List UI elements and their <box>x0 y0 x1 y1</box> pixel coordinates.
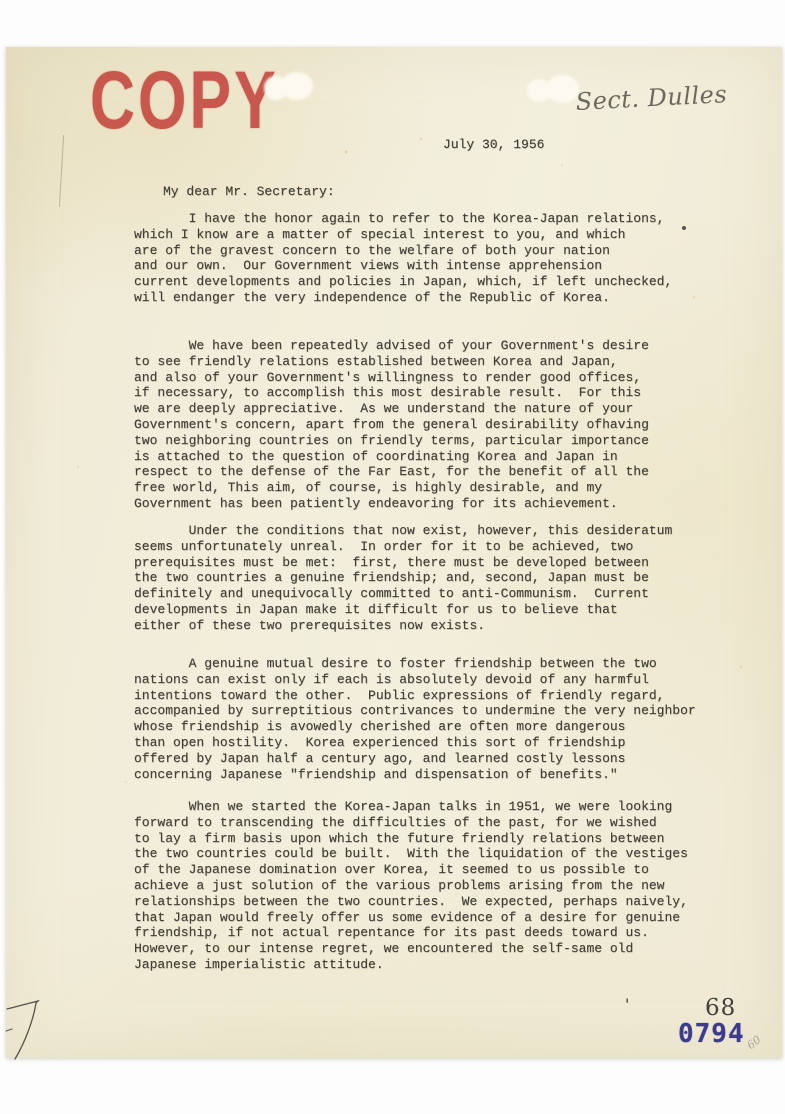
letter-date: July 30, 1956 <box>443 137 544 153</box>
letter-paragraph-3: Under the conditions that now exist, how… <box>134 523 672 634</box>
archive-stamp-number: 0794 <box>678 1019 745 1049</box>
letter-paragraph-5: When we started the Korea-Japan talks in… <box>134 799 688 973</box>
apostrophe-mark: ' <box>625 995 629 1014</box>
correction-blob <box>546 75 579 103</box>
pencil-mark <box>2 996 44 1066</box>
scan-background: { "document": { "stamp_text": "COPY", "h… <box>0 0 785 1114</box>
letter-paragraph-1: I have the honor again to refer to the K… <box>134 211 672 306</box>
copy-stamp: COPY <box>90 70 279 132</box>
letter-salutation: My dear Mr. Secretary: <box>163 184 335 200</box>
letter-paragraph-4: A genuine mutual desire to foster friend… <box>134 656 696 782</box>
letter-paragraph-2: We have been repeatedly advised of your … <box>134 338 649 512</box>
ink-dot <box>682 226 686 230</box>
correction-blob <box>281 72 313 100</box>
page-number: 68 <box>705 995 736 1021</box>
